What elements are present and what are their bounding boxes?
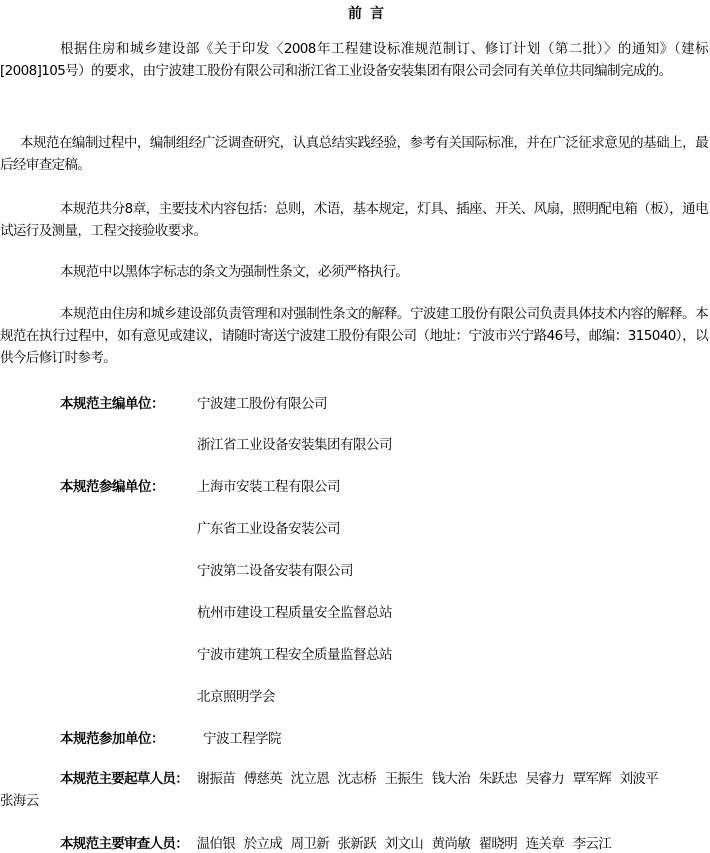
- drafters-label: 本规范主要起草人员：: [60, 771, 188, 787]
- paragraph-basis: 根据住房和城乡建设部《关于印发〈2008年工程建设标准规范制订、修订计划（第二批…: [0, 38, 708, 82]
- reviewer-name: 连关章: [526, 836, 564, 852]
- drafter-name: 朱跃忠: [479, 771, 517, 787]
- reviewer-name: 翟晓明: [479, 836, 517, 852]
- drafter-name: 傅慈英: [244, 771, 282, 787]
- page-title: 前言: [0, 3, 710, 23]
- drafter-name: 刘波平: [620, 771, 658, 787]
- drafter-name: 谢振苗: [197, 771, 235, 787]
- drafter-name: 覃军辉: [573, 771, 611, 787]
- reviewer-name: 张新跃: [338, 836, 376, 852]
- drafter-name: 张海云: [0, 793, 38, 809]
- participating-unit: 广东省工业设备安装公司: [197, 519, 340, 539]
- participating-unit: 宁波第二设备安装有限公司: [197, 561, 353, 581]
- reviewer-name: 於立成: [244, 836, 282, 852]
- joining-units-label: 本规范参加单位：: [60, 729, 164, 749]
- reviewer-name: 刘文山: [385, 836, 423, 852]
- drafter-name: 沈志桥: [338, 771, 376, 787]
- paragraph-mandatory: 本规范中以黑体字标志的条文为强制性条文，必须严格执行。: [0, 261, 708, 283]
- drafters-section: 本规范主要起草人员： 谢振苗 傅慈英 沈立恩 沈志桥 王振生 钱大治 朱跃忠 吴…: [0, 768, 706, 812]
- chief-units-label: 本规范主编单位：: [60, 394, 164, 414]
- chief-unit: 宁波建工股份有限公司: [197, 394, 327, 414]
- participating-unit: 北京照明学会: [197, 687, 275, 707]
- paragraph-process: 本规范在编制过程中，编制组经广泛调查研究，认真总结实践经验，参考有关国际标准，并…: [0, 132, 708, 176]
- reviewer-name: 李云江: [573, 836, 611, 852]
- drafter-name: 沈立恩: [291, 771, 329, 787]
- drafter-name: 王振生: [385, 771, 423, 787]
- reviewer-name: 黄尚敏: [432, 836, 470, 852]
- participating-units-label: 本规范参编单位：: [60, 477, 164, 497]
- drafter-name: 吴睿力: [526, 771, 564, 787]
- participating-unit: 上海市安装工程有限公司: [197, 477, 340, 497]
- reviewer-name: 温伯银: [197, 836, 235, 852]
- reviewers-section: 本规范主要审查人员： 温伯银 於立成 周卫新 张新跃 刘文山 黄尚敏 翟晓明 连…: [0, 833, 706, 853]
- reviewers-label: 本规范主要审查人员：: [60, 836, 188, 852]
- reviewer-name: 周卫新: [291, 836, 329, 852]
- participating-unit: 杭州市建设工程质量安全监督总站: [197, 603, 392, 623]
- chief-unit: 浙江省工业设备安装集团有限公司: [197, 435, 392, 455]
- joining-unit: 宁波工程学院: [203, 729, 281, 749]
- drafter-name: 钱大治: [432, 771, 470, 787]
- paragraph-contents: 本规范共分8章，主要技术内容包括：总则，术语，基本规定，灯具、插座、开关、风扇，…: [0, 198, 708, 242]
- paragraph-management: 本规范由住房和城乡建设部负责管理和对强制性条文的解释。宁波建工股份有限公司负责具…: [0, 303, 708, 369]
- participating-unit: 宁波市建筑工程安全质量监督总站: [197, 645, 392, 665]
